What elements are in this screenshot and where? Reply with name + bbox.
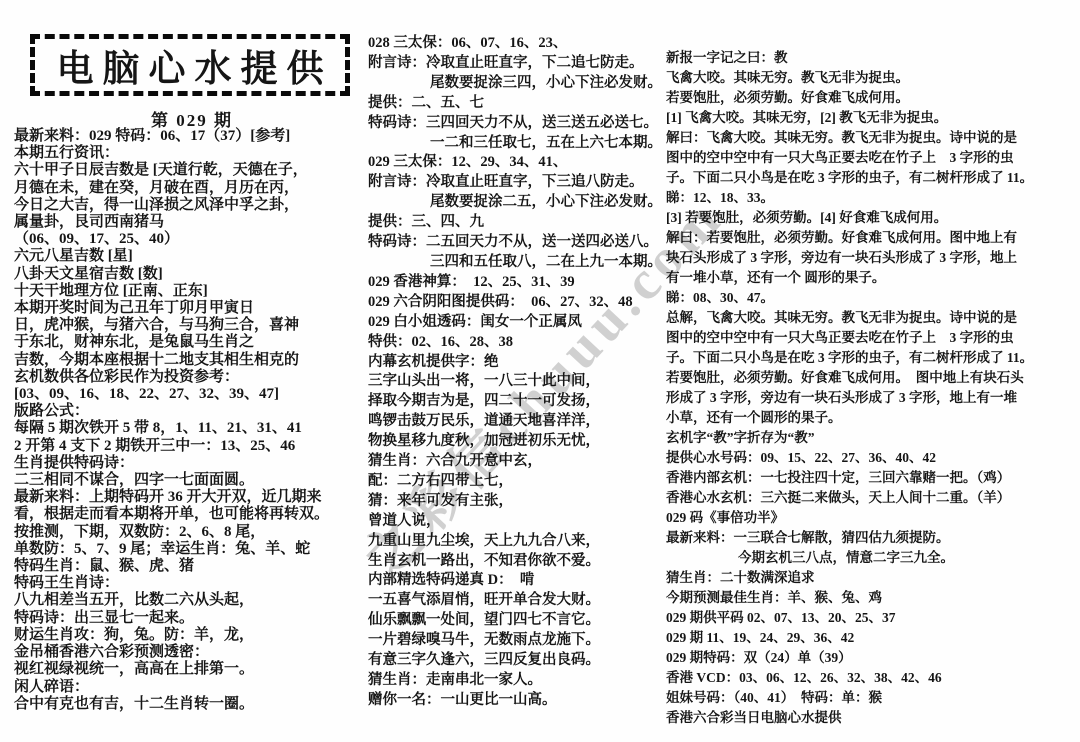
text-line: 2 开第 4 支下 2 期铁开三中一：13、25、46 <box>14 438 366 455</box>
text-line: 猜：来年可发有主张， <box>368 492 662 512</box>
text-line: 版路公式： <box>14 403 366 420</box>
text-line: 尾数要捉涂三四，小心下注必发财。 <box>368 74 662 94</box>
text-line: 曾道人说， <box>368 512 662 532</box>
text-line: 单数防：5、7、9 尾；幸运生肖：兔、羊、蛇 <box>14 541 366 558</box>
text-line: 生肖玄机一路出，不知君你欲不爱。 <box>368 552 662 572</box>
text-line: 吉数，今期本座根据十二地支其相生相克的 <box>14 352 366 369</box>
text-line: 029 白小姐透码：闺女一个正属凤 <box>368 313 662 333</box>
text-line: 财运生肖攻：狗，兔。防：羊，龙， <box>14 627 366 644</box>
text-line: 029 期特码：双（24）单（39） <box>666 648 1076 668</box>
text-line: 块石头形成了 3 字形，旁边有一块石头形成了 3 字形，地上 <box>666 248 1076 268</box>
text-line: 猜生肖：二十数满深追求 <box>666 568 1076 588</box>
text-line: 总解，飞禽大咬。其味无穷。教飞无非为捉虫。诗中说的是 <box>666 308 1076 328</box>
text-line: 赠你一名：一山更比一山高。 <box>368 691 662 711</box>
text-line: 附言诗：冷取直止旺直字，下三追八防走。 <box>368 173 662 193</box>
text-line: 若要饱肚，必须劳勤。好食难飞成何用。 <box>666 88 1076 108</box>
text-line: 一五喜气添眉悄，旺开单合发大财。 <box>368 591 662 611</box>
text-line: 猜生肖：走南串北一家人。 <box>368 671 662 691</box>
text-line: 三四和五任取八，二在上九一本期。 <box>368 253 662 273</box>
text-line: 特码诗：出三显七一起来。 <box>14 610 366 627</box>
text-line: 每隔 5 期次铁开 5 带 8，1、11、21、31、41 <box>14 420 366 437</box>
text-line: 属量卦，艮司西南猪马 <box>14 214 366 231</box>
text-line: 香港心水玄机：三六挺二来做头，天上人间十二重。（羊） <box>666 488 1076 508</box>
text-line: [3] 若要饱肚，必须劳勤。[4] 好食难飞成何用。 <box>666 208 1076 228</box>
text-line: 提供：三、四、九 <box>368 213 662 233</box>
text-line: 睇：12、18、33。 <box>666 188 1076 208</box>
text-line: 月德在未，建在癸，月破在酉，月历在丙， <box>14 180 366 197</box>
text-line: 玄机数供各位彩民作为投资参考： <box>14 369 366 386</box>
title-box: 电脑心水提供 <box>30 34 350 96</box>
text-line: 特码诗：二五回天力不从，送一送四必送八。 <box>368 233 662 253</box>
text-line: 提供：二、五、七 <box>368 94 662 114</box>
text-line: 有意三字久逢六，三四反复出良码。 <box>368 651 662 671</box>
text-line: 提供心水号码：09、15、22、27、36、40、42 <box>666 448 1076 468</box>
text-line: 解曰：若要饱肚，必须劳勤。好食难飞成何用。图中地上有 <box>666 228 1076 248</box>
text-line: 新报一字记之曰：教 <box>666 48 1076 68</box>
text-line: 029 六合阴阳图提供码： 06、27、32、48 <box>368 293 662 313</box>
text-line: 一片碧绿嗅马牛，无数雨点龙施下。 <box>368 631 662 651</box>
text-line: 姐妹号码：（40、41） 特码：单：猴 <box>666 688 1076 708</box>
page-title: 电脑心水提供 <box>48 38 333 92</box>
text-line: 择取今期吉为是，四二十一可发扬， <box>368 392 662 412</box>
text-line: 配：二方右四带上七， <box>368 472 662 492</box>
text-line: 有一堆小草，还有一个 圆形的果子。 <box>666 268 1076 288</box>
text-line: 特码生肖：鼠、猴、虎、猪 <box>14 558 366 575</box>
text-line: 子。下面二只小鸟是在吃 3 字形的虫子，有二树杆形成了 11。 <box>666 348 1076 368</box>
text-line: 小草，还有一个圆形的果子。 <box>666 408 1076 428</box>
text-line: 仙乐飘飘一处间，望门四七不言它。 <box>368 611 662 631</box>
text-line: 附言诗：冷取直止旺直字，下二追七防走。 <box>368 54 662 74</box>
text-line: 二三相同不谋合，四字一七面面圆。 <box>14 472 366 489</box>
text-line: 香港六合彩当日电脑心水提供 <box>666 708 1076 728</box>
text-line: 图中的空中空中有一只大鸟正要去吃在竹子上 3 字形的虫 <box>666 148 1076 168</box>
text-line: 九重山里九尘埃，天上九九合八来， <box>368 532 662 552</box>
text-line: [03、09、16、18、22、27、32、39、47] <box>14 386 366 403</box>
text-line: 029 香港神算： 12、25、31、39 <box>368 273 662 293</box>
text-line: 日，虎冲猴，与猪六合，与马狗三合，喜神 <box>14 317 366 334</box>
text-line: 八卦天文星宿吉数 [数] <box>14 266 366 283</box>
text-line: 尾数要捉涂二五，小心下注必发财。 <box>368 193 662 213</box>
text-line: 玄机字“教”字折存为“教” <box>666 428 1076 448</box>
text-line: 今期预测最佳生肖：羊、猴、兔、鸡 <box>666 588 1076 608</box>
right-column: 新报一字记之曰：教飞禽大咬。其味无穷。教飞无非为捉虫。若要饱肚，必须劳勤。好食难… <box>666 48 1076 728</box>
text-line: 若要饱肚，必须劳勤。好食难飞成何用。 图中地上有块石头 <box>666 368 1076 388</box>
text-line: 看，根据走而看本期将开单，也可能将再转双。 <box>14 506 366 523</box>
middle-column: 028 三太保：06、07、16、23、附言诗：冷取直止旺直字，下二追七防走。尾… <box>368 34 662 711</box>
text-line: 十天干地理方位 [正南、正东] <box>14 283 366 300</box>
text-line: 八九相差当五开，比数二六从头起， <box>14 592 366 609</box>
text-line: 028 三太保：06、07、16、23、 <box>368 34 662 54</box>
text-line: 于东北，财神东北，是兔鼠马生肖之 <box>14 334 366 351</box>
text-line: 睇：08、30、47。 <box>666 288 1076 308</box>
text-line: 特供：02、16、28、38 <box>368 333 662 353</box>
text-line: 一二和三任取七，五在上六七本期。 <box>368 134 662 154</box>
text-line: 内部精选特码递真 D： 啃 <box>368 571 662 591</box>
text-line: 飞禽大咬。其味无穷。教飞无非为捉虫。 <box>666 68 1076 88</box>
text-line: 视红视绿视统一，高高在上排第一。 <box>14 661 366 678</box>
text-line: 029 三太保：12、29、34、41、 <box>368 153 662 173</box>
text-line: 最新来料：029 特码：06、17（37）[参考] <box>14 128 366 145</box>
text-line: 金吊桶香港六合彩预测透密： <box>14 644 366 661</box>
text-line: 029 期供平码 02、07、13、20、25、37 <box>666 608 1076 628</box>
text-line: 本期开奖时间为己丑年丁卯月甲寅日 <box>14 300 366 317</box>
text-line: 香港内部玄机：一七投注四十定，三回六靠赌一把。（鸡） <box>666 468 1076 488</box>
tip-sheet-page: 之彩信chuuu.com 电脑心水提供 第 029 期 最新来料：029 特码：… <box>0 0 1080 742</box>
text-line: 鸣锣击鼓万民乐，道通天地喜洋洋， <box>368 412 662 432</box>
text-line: 解曰：飞禽大咬。其味无穷。教飞无非为捉虫。诗中说的是 <box>666 128 1076 148</box>
text-line: 形成了 3 字形，旁边有一块石头形成了 3 字形，地上有一堆 <box>666 388 1076 408</box>
text-line: 029 期 11、19、24、29、36、42 <box>666 628 1076 648</box>
text-line: 六元八星吉数 [星] <box>14 248 366 265</box>
text-line: 按推测，下期，双数防：2、6、8 尾， <box>14 524 366 541</box>
text-line: 闲人碎语： <box>14 679 366 696</box>
text-line: 六十甲子日辰吉数是 [天道行乾，天德在子， <box>14 162 366 179</box>
text-line: [1] 飞禽大咬。其味无穷，[2] 教飞无非为捉虫。 <box>666 108 1076 128</box>
text-line: 029 码《事倍功半》 <box>666 508 1076 528</box>
text-line: 最新来料：上期特码开 36 开大开双，近几期来 <box>14 489 366 506</box>
text-line: 图中的空中空中有一只大鸟正要去吃在竹子上 3 字形的虫 <box>666 328 1076 348</box>
text-line: 子。下面二只小鸟是在吃 3 字形的虫子，有二树杆形成了 11。 <box>666 168 1076 188</box>
text-line: 最新来料：一三联合七解散，猜四估九须提防。 <box>666 528 1076 548</box>
text-line: 合中有克也有吉，十二生肖转一圈。 <box>14 696 366 713</box>
text-line: 物换星移九度秋，加冠进初乐无忧， <box>368 432 662 452</box>
text-line: 香港 VCD：03、06、12、26、32、38、42、46 <box>666 668 1076 688</box>
text-line: 猜生肖：六合九开意中玄， <box>368 452 662 472</box>
text-line: 特码王生肖诗： <box>14 575 366 592</box>
text-line: 三字山头出一将，一八三十此中间， <box>368 372 662 392</box>
text-line: 今期玄机三八点，情意二字三九全。 <box>666 548 1076 568</box>
text-line: 本期五行资讯： <box>14 145 366 162</box>
left-column: 最新来料：029 特码：06、17（37）[参考]本期五行资讯：六十甲子日辰吉数… <box>14 128 366 713</box>
text-line: 内幕玄机提供字：绝 <box>368 353 662 373</box>
text-line: （06、09、17、25、40） <box>14 231 366 248</box>
text-line: 生肖提供特码诗： <box>14 455 366 472</box>
text-line: 今日之大吉，得一山泽损之风泽中孚之卦， <box>14 197 366 214</box>
text-line: 特码诗：三四回天力不从，送三送五必送七。 <box>368 114 662 134</box>
